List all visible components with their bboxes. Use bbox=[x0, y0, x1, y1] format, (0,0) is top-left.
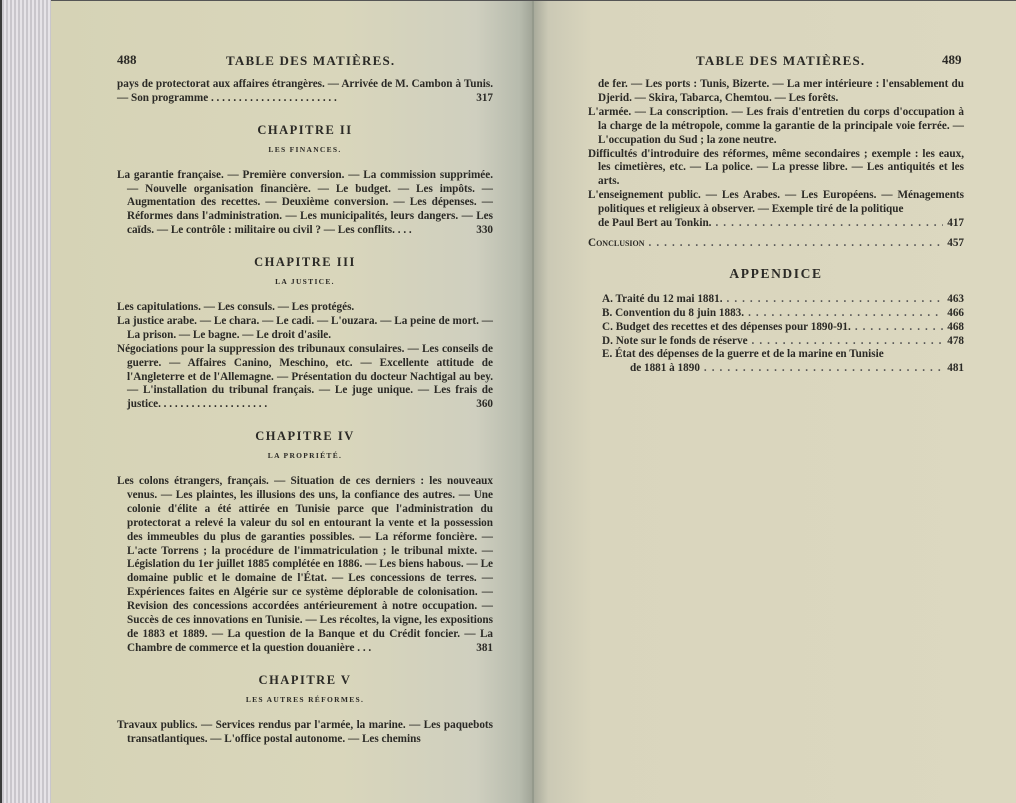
toc-page-number: 481 bbox=[947, 362, 964, 376]
chapter-subtitle: LES FINANCES. bbox=[117, 143, 493, 157]
toc-entry-last-line: de Paul Bert au Tonkin. ................… bbox=[588, 217, 964, 231]
chapter-subtitle: LA JUSTICE. bbox=[117, 275, 493, 289]
toc-entry: La justice arabe. — Le chara. — Le cadi.… bbox=[117, 315, 493, 343]
toc-entry: Travaux publics. — Services rendus par l… bbox=[117, 719, 493, 747]
toc-page-number: 317 bbox=[476, 92, 493, 106]
toc-entry: Les capitulations. — Les consuls. — Les … bbox=[117, 301, 493, 315]
toc-page-number: 463 bbox=[947, 293, 964, 307]
toc-page-number: 417 bbox=[947, 217, 964, 231]
toc-page-number: 478 bbox=[947, 335, 964, 349]
left-page: 488 TABLE DES MATIÈRES. pays de protecto… bbox=[51, 1, 534, 803]
viewer-side-strip bbox=[0, 0, 51, 803]
toc-entry: de fer. — Les ports : Tunis, Bizerte. — … bbox=[588, 78, 964, 106]
toc-entry: Difficultés d'introduire des réformes, m… bbox=[588, 148, 964, 190]
page-number-right: 489 bbox=[942, 52, 962, 68]
toc-page-number: 466 bbox=[947, 307, 964, 321]
toc-page-number: 457 bbox=[947, 237, 964, 251]
page-number-left: 488 bbox=[117, 52, 137, 68]
book-spread: 488 TABLE DES MATIÈRES. pays de protecto… bbox=[51, 0, 1016, 803]
toc-page-number: 330 bbox=[486, 224, 493, 238]
left-page-content: pays de protectorat aux affaires étrangè… bbox=[117, 78, 493, 746]
running-head-right: TABLE DES MATIÈRES. bbox=[696, 53, 865, 69]
appendix-item: D. Note sur le fonds de réserve ........… bbox=[602, 335, 964, 349]
chapter-title: CHAPITRE II bbox=[117, 124, 493, 138]
toc-entry-conclusion: Conclusion .............................… bbox=[588, 237, 964, 251]
chapter-title: CHAPITRE IV bbox=[117, 430, 493, 444]
right-page-content: de fer. — Les ports : Tunis, Bizerte. — … bbox=[588, 78, 964, 376]
chapter-subtitle: LA PROPRIÉTÉ. bbox=[117, 449, 493, 463]
toc-entry: L'armée. — La conscription. — Les frais … bbox=[588, 106, 964, 148]
chapter-subtitle: LES AUTRES RÉFORMES. bbox=[117, 693, 493, 707]
toc-entry: La garantie française. — Première conver… bbox=[117, 169, 493, 239]
appendix-title: APPENDICE bbox=[588, 267, 964, 281]
chapter-title: CHAPITRE III bbox=[117, 256, 493, 270]
appendix-item: B. Convention du 8 juin 1883. ..........… bbox=[602, 307, 964, 321]
right-page: TABLE DES MATIÈRES. 489 de fer. — Les po… bbox=[534, 1, 1016, 803]
appendix-item: E. État des dépenses de la guerre et de … bbox=[602, 348, 964, 376]
appendix-list: A. Traité du 12 mai 1881. ..............… bbox=[588, 293, 964, 376]
toc-entry: Négociations pour la suppression des tri… bbox=[117, 343, 493, 413]
toc-entry-continuation: pays de protectorat aux affaires étrangè… bbox=[117, 78, 493, 106]
appendix-item: A. Traité du 12 mai 1881. ..............… bbox=[602, 293, 964, 307]
toc-page-number: 360 bbox=[486, 398, 493, 412]
toc-entry: L'enseignement public. — Les Arabes. — L… bbox=[588, 189, 964, 217]
appendix-item: C. Budget des recettes et des dépenses p… bbox=[602, 321, 964, 335]
toc-page-number: 468 bbox=[947, 321, 964, 335]
chapter-title: CHAPITRE V bbox=[117, 674, 493, 688]
toc-entry: Les colons étrangers, français. — Situat… bbox=[117, 475, 493, 656]
toc-page-number: 381 bbox=[486, 642, 493, 656]
running-head-left: TABLE DES MATIÈRES. bbox=[226, 53, 395, 69]
